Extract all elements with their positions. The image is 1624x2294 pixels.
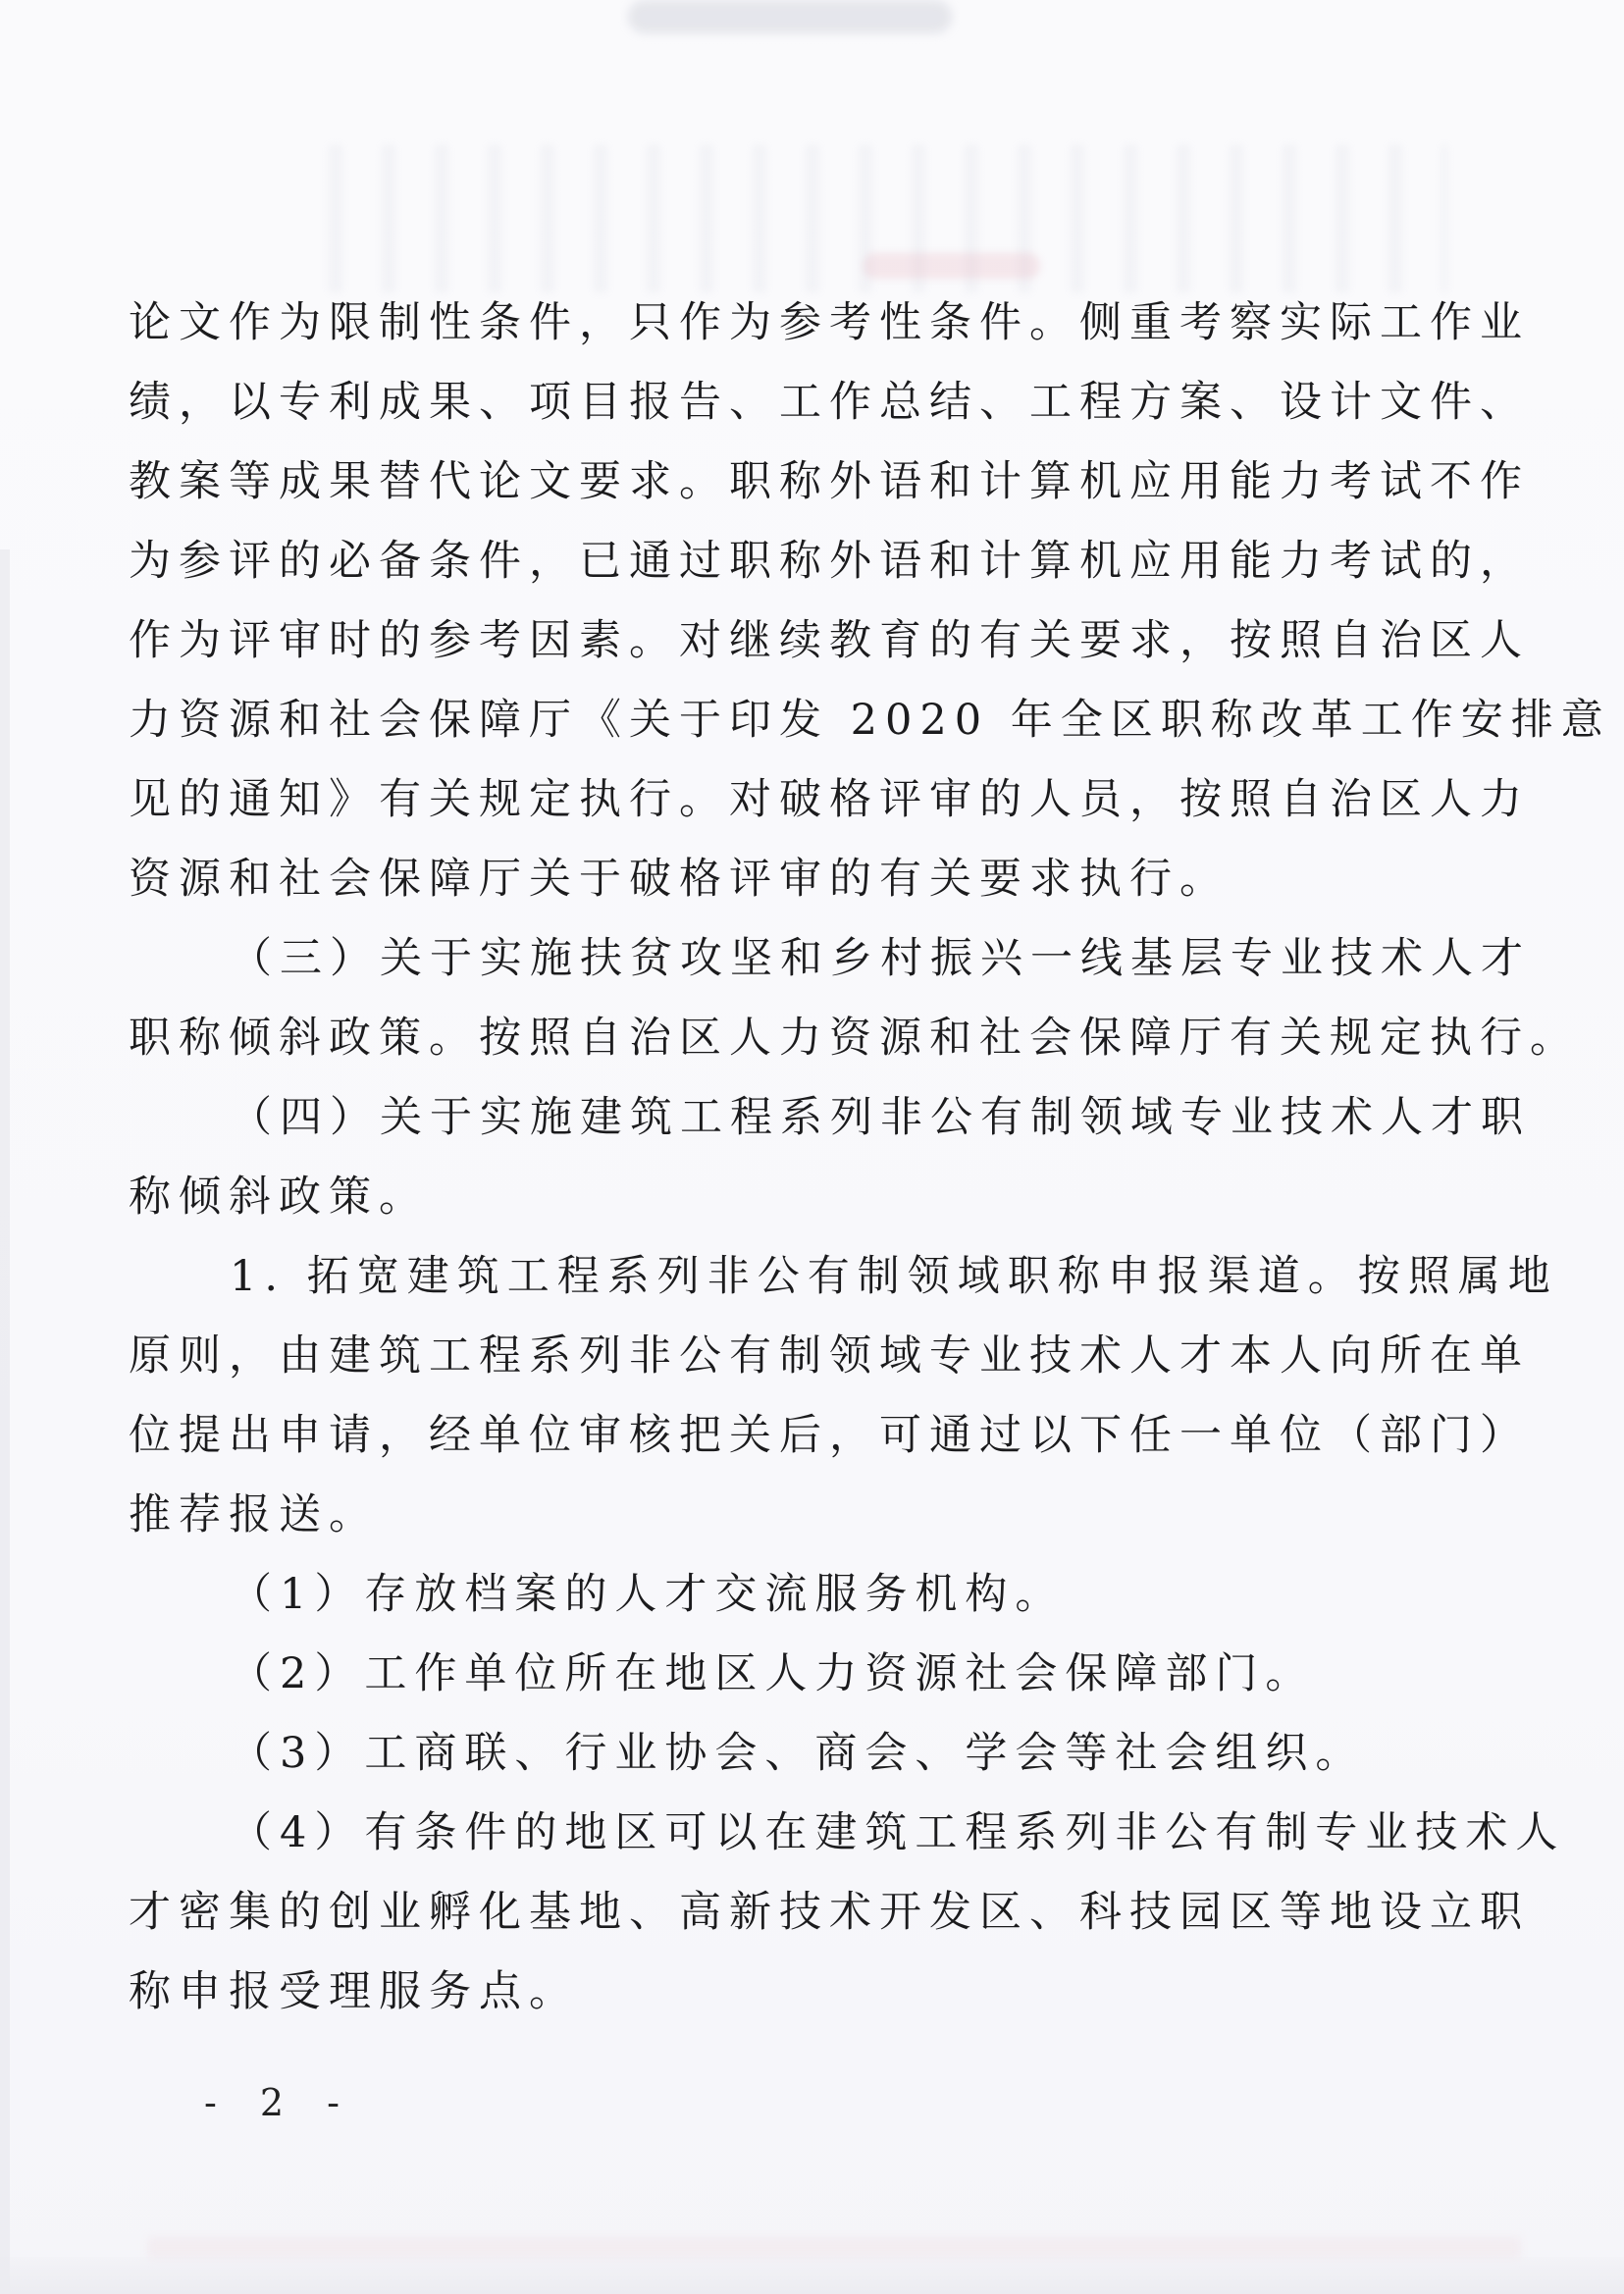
document-page: 论文作为限制性条件，只作为参考性条件。侧重考察实际工作业 绩，以专利成果、项目报…	[0, 0, 1624, 2294]
scan-smudge-artifact	[628, 0, 952, 33]
text-line-section-3: （三）关于实施扶贫攻坚和乡村振兴一线基层专业技术人才	[129, 919, 1501, 999]
text-line: 为参评的必备条件，已通过职称外语和计算机应用能力考试的，	[129, 522, 1501, 601]
scan-edge-shadow	[0, 2257, 1624, 2294]
scan-edge-shadow	[0, 549, 10, 2294]
text-line: 教案等成果替代论文要求。职称外语和计算机应用能力考试不作	[129, 443, 1501, 522]
text-line-subitem-1: （1）存放档案的人才交流服务机构。	[129, 1555, 1501, 1635]
text-line: 绩，以专利成果、项目报告、工作总结、工程方案、设计文件、	[129, 363, 1501, 443]
text-line: 职称倾斜政策。按照自治区人力资源和社会保障厅有关规定执行。	[129, 999, 1501, 1078]
body-text: 论文作为限制性条件，只作为参考性条件。侧重考察实际工作业 绩，以专利成果、项目报…	[129, 284, 1501, 2032]
text-line-subitem-2: （2）工作单位所在地区人力资源社会保障部门。	[129, 1635, 1501, 1714]
text-line-subitem-4: （4）有条件的地区可以在建筑工程系列非公有制专业技术人	[129, 1794, 1501, 1873]
pink-bleed-artifact	[147, 2237, 1521, 2259]
text-line: 原则，由建筑工程系列非公有制领域专业技术人才本人向所在单	[129, 1317, 1501, 1396]
page-number: - 2 -	[204, 2078, 355, 2127]
text-line: 论文作为限制性条件，只作为参考性条件。侧重考察实际工作业	[129, 284, 1501, 363]
text-line: 推荐报送。	[129, 1476, 1501, 1555]
text-line: 资源和社会保障厅关于破格评审的有关要求执行。	[129, 840, 1501, 919]
text-line: 称申报受理服务点。	[129, 1953, 1501, 2032]
text-line-section-4: （四）关于实施建筑工程系列非公有制领域专业技术人才职	[129, 1078, 1501, 1158]
text-line: 才密集的创业孵化基地、高新技术开发区、科技园区等地设立职	[129, 1873, 1501, 1953]
text-line: 见的通知》有关规定执行。对破格评审的人员，按照自治区人力	[129, 760, 1501, 840]
text-line-item-1: 1. 拓宽建筑工程系列非公有制领域职称申报渠道。按照属地	[129, 1237, 1501, 1317]
text-line: 作为评审时的参考因素。对继续教育的有关要求，按照自治区人	[129, 601, 1501, 681]
text-line: 位提出申请，经单位审核把关后，可通过以下任一单位（部门）	[129, 1396, 1501, 1476]
text-line: 称倾斜政策。	[129, 1158, 1501, 1237]
pink-bleed-artifact	[864, 253, 1040, 279]
text-line: 力资源和社会保障厅《关于印发 2020 年全区职称改革工作安排意	[129, 681, 1501, 760]
text-line-subitem-3: （3）工商联、行业协会、商会、学会等社会组织。	[129, 1714, 1501, 1794]
